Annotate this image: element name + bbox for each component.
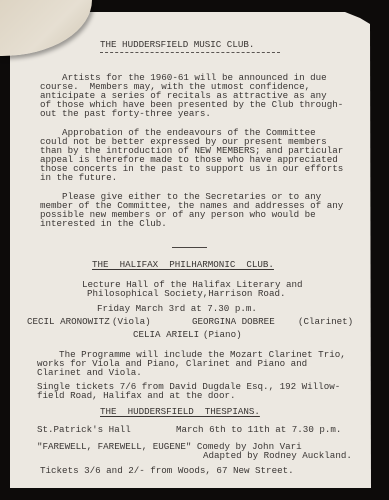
para1-line: out the past forty-three years.	[40, 109, 211, 118]
halifax-tickets-line: field Road, Halifax and at the door.	[37, 391, 235, 400]
performer-name: CECIL ARONOWITZ	[27, 317, 110, 326]
performer-instrument: (Clarinet)	[298, 317, 353, 326]
halifax-venue-line: Philosophical Society,Harrison Road.	[87, 289, 285, 298]
thespians-heading: THE HUDDERSFIELD THESPIANS.	[100, 407, 260, 416]
performer-instrument: (Piano)	[203, 330, 242, 339]
thespians-tickets: Tickets 3/6 and 2/- from Woods, 67 New S…	[40, 466, 294, 475]
thespians-venue: St.Patrick's Hall	[37, 425, 131, 434]
title-underline	[100, 52, 280, 53]
document-title: THE HUDDERSFIELD MUSIC CLUB.	[100, 40, 254, 49]
thespians-dates: March 6th to 11th at 7.30 p.m.	[176, 425, 341, 434]
section-divider	[172, 247, 207, 248]
para2-line: in the future.	[40, 173, 117, 182]
halifax-date: Friday March 3rd at 7.30 p.m.	[97, 304, 257, 313]
halifax-heading: THE HALIFAX PHILHARMONIC CLUB.	[92, 260, 274, 269]
performer-instrument: (Viola)	[112, 317, 151, 326]
performer-name: GEORGINA DOBREE	[192, 317, 275, 326]
thespians-adapted: Adapted by Rodney Auckland.	[203, 451, 352, 460]
programme-line: Clarinet and Viola.	[37, 368, 142, 377]
typed-page: THE HUDDERSFIELD MUSIC CLUB. Artists for…	[10, 12, 379, 488]
performer-name: CELIA ARIELI	[133, 330, 199, 339]
para3-line: interested in the Club.	[40, 219, 167, 228]
